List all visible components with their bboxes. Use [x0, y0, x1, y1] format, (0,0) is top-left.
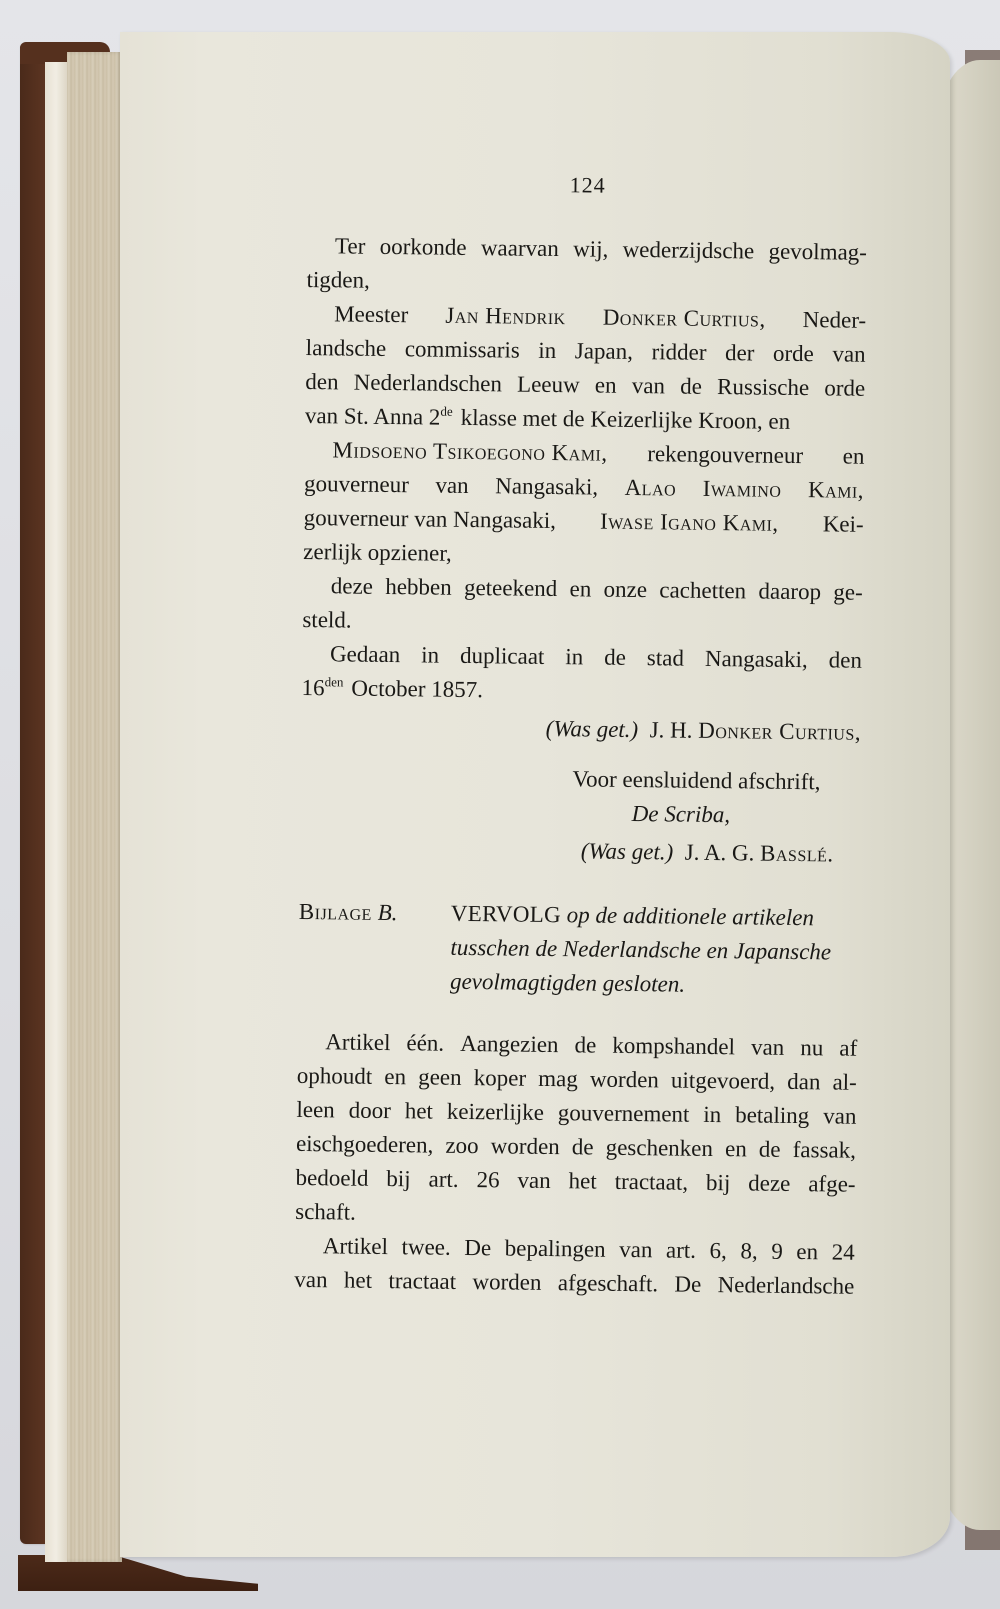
- word: en: [569, 572, 591, 606]
- text-line: 16den October 1857.: [301, 671, 861, 712]
- word: worden: [491, 1129, 560, 1164]
- word: en: [595, 369, 617, 403]
- word: afgeschaft.: [558, 1266, 659, 1301]
- word: tigden,: [306, 263, 370, 298]
- person-name: Donker Curtius,: [603, 301, 766, 337]
- word: stad: [647, 641, 684, 675]
- title-line: VERVOLG op de additionele artikelen: [451, 897, 859, 936]
- word: en: [384, 1060, 406, 1094]
- text-line: eischgoederen, zoo worden de geschenken …: [296, 1127, 856, 1168]
- word: hebben: [385, 570, 452, 605]
- text: gouverneur van Nangasaki,: [303, 501, 556, 538]
- word: 6,: [709, 1234, 727, 1268]
- word: duplicaat: [460, 639, 545, 674]
- word: de: [572, 1130, 594, 1164]
- word: één.: [406, 1026, 444, 1060]
- word: van: [517, 1164, 551, 1198]
- text: B.: [378, 900, 398, 925]
- text: klasse met de Keizerlijke Kroon, en: [460, 401, 790, 439]
- word: koper: [474, 1061, 527, 1096]
- word: betaling: [735, 1098, 810, 1133]
- word: gevolmag-: [768, 235, 867, 270]
- superscript: de: [440, 404, 452, 419]
- word: deze: [748, 1166, 791, 1201]
- word: zoo: [445, 1129, 479, 1163]
- word: cachetten: [659, 573, 746, 608]
- page-text-block: 124 Ter oorkonde waarvan wij, wederzijds…: [294, 165, 868, 1304]
- text: Bijlage: [299, 899, 372, 925]
- date-day: 16den: [301, 671, 343, 706]
- word: tractaat: [388, 1264, 456, 1299]
- page-number: 124: [308, 165, 868, 206]
- word: in: [421, 638, 439, 672]
- word: mag: [538, 1062, 578, 1096]
- signature-bassle: (Was get.) J. A. G. Basslé.: [299, 831, 859, 872]
- word: Nederlandschen: [354, 366, 503, 402]
- title-line: gevolmagtigden gesloten.: [450, 965, 858, 1004]
- text-line: deze hebben geteekend en onze cachetten …: [303, 569, 863, 610]
- word: der: [725, 336, 755, 370]
- word: de: [574, 1028, 596, 1062]
- word: De: [464, 1231, 491, 1265]
- word: Leeuw: [517, 368, 580, 403]
- word: Kei-: [823, 507, 864, 541]
- word: bij: [386, 1162, 411, 1196]
- word: daarop: [758, 575, 821, 610]
- person-name: Iwamino: [703, 472, 782, 507]
- word: worden: [590, 1063, 659, 1098]
- word: en: [796, 1235, 818, 1269]
- person-name: Alao: [624, 471, 676, 506]
- was-get-label: (Was get.): [581, 838, 674, 864]
- word: en: [725, 1132, 747, 1166]
- word: geen: [418, 1060, 462, 1095]
- word: worden: [472, 1265, 541, 1300]
- word: Gedaan: [330, 637, 401, 672]
- word: het: [568, 1164, 597, 1198]
- word: Nangasaki,: [705, 642, 808, 677]
- initials: J. A. G.: [685, 840, 755, 866]
- text-line: Meester Jan Hendrik Donker Curtius, Nede…: [306, 297, 866, 338]
- word: geschenken: [605, 1131, 713, 1166]
- was-get-label: (Was get.): [546, 716, 639, 742]
- word: van: [823, 1099, 857, 1133]
- word: art.: [428, 1163, 458, 1197]
- page-stack-edge: [67, 52, 122, 1562]
- word: door: [348, 1094, 391, 1129]
- text: October 1857.: [351, 672, 483, 708]
- word: in: [538, 334, 556, 368]
- word: ge-: [833, 575, 863, 609]
- word: al-: [832, 1065, 857, 1099]
- word: nu: [800, 1031, 823, 1065]
- word: de: [604, 641, 626, 675]
- word: dan: [787, 1065, 821, 1099]
- word: geteekend: [464, 571, 558, 606]
- text-line: Artikel twee. De bepalingen van art. 6, …: [295, 1229, 855, 1270]
- word: het: [405, 1094, 434, 1128]
- word: tractaat,: [614, 1165, 688, 1200]
- word: 26: [476, 1163, 499, 1197]
- text: zerlijk opziener,: [303, 535, 452, 571]
- word: commissaris: [405, 332, 520, 367]
- word: waarvan: [481, 231, 559, 266]
- word: keizerlijke: [447, 1095, 544, 1130]
- word: van: [294, 1263, 328, 1297]
- word: 9: [771, 1235, 783, 1269]
- text-line: Ter oorkonde waarvan wij, wederzijdsche …: [307, 229, 867, 270]
- person-name: Basslé.: [760, 841, 834, 867]
- word: oorkonde: [379, 230, 466, 265]
- word: Neder-: [803, 303, 867, 338]
- word: wederzijdsche: [622, 233, 754, 269]
- word: eischgoederen,: [296, 1127, 434, 1163]
- word: van: [751, 1030, 785, 1064]
- word: ophoudt: [297, 1059, 373, 1094]
- word: de: [680, 370, 702, 404]
- word: in: [565, 640, 583, 674]
- articles-section: Artikel één. Aangezien de kompshandel va…: [294, 1025, 857, 1304]
- word: orde: [824, 371, 865, 405]
- word: wij,: [573, 232, 609, 266]
- text: 16: [301, 675, 324, 700]
- superscript: den: [325, 674, 344, 689]
- word: en: [843, 440, 865, 474]
- text: VERVOLG: [451, 901, 561, 927]
- word: in: [703, 1098, 721, 1132]
- initials: J. H.: [650, 717, 693, 743]
- person-name: Jan Hendrik: [445, 299, 566, 334]
- word: Artikel: [325, 1025, 391, 1060]
- word: Aangezien: [460, 1027, 559, 1062]
- word: 8,: [740, 1234, 758, 1268]
- text-line: Artikel één. Aangezien de kompshandel va…: [297, 1025, 857, 1066]
- text: op de additionele artikelen: [567, 902, 814, 930]
- word: De: [674, 1268, 701, 1302]
- person-name: Donker Curtius,: [698, 718, 861, 745]
- word: art.: [666, 1233, 696, 1267]
- word: deze: [331, 569, 374, 604]
- word: van: [832, 337, 866, 371]
- word: gouvernement: [558, 1096, 690, 1132]
- word: orde: [773, 337, 814, 371]
- text: van St. Anna 2: [305, 403, 441, 430]
- word: fassak,: [793, 1133, 857, 1168]
- word: de: [759, 1133, 781, 1167]
- text-fragment: van St. Anna 2de: [305, 399, 453, 435]
- word: bepalingen: [505, 1231, 606, 1266]
- word: leen: [296, 1093, 335, 1127]
- word: Russische: [717, 370, 809, 405]
- word: het: [344, 1264, 373, 1298]
- word: kompshandel: [612, 1029, 735, 1064]
- title-line: tusschen de Nederlandsche en Japansche: [450, 931, 858, 970]
- word: uitgevoerd,: [671, 1064, 776, 1099]
- word: Ter: [335, 229, 366, 263]
- word: Artikel: [323, 1229, 389, 1264]
- endpaper-strip: [45, 62, 67, 1562]
- word: landsche: [306, 331, 387, 366]
- word: bij: [706, 1166, 731, 1200]
- signature-donker-curtius: (Was get.) J. H. Donker Curtius,: [301, 709, 861, 750]
- word: van: [632, 369, 666, 403]
- word: schaft.: [295, 1195, 356, 1230]
- person-name: Iwase Igano Kami,: [600, 505, 779, 541]
- word: steld.: [302, 603, 352, 638]
- word: Nederlandsche: [717, 1268, 854, 1304]
- word: rekengouverneur: [647, 437, 803, 473]
- word: van: [435, 469, 469, 503]
- person-name: Kami,: [808, 473, 864, 508]
- word: Japan,: [575, 334, 634, 369]
- word: 24: [831, 1235, 854, 1269]
- appendix-label: Bijlage B.: [298, 895, 451, 999]
- word: gouverneur: [304, 467, 409, 502]
- signature-scriba: De Scriba,: [300, 793, 860, 834]
- appendix-heading: Bijlage B. VERVOLG op de additionele art…: [298, 895, 859, 1004]
- word: den: [305, 365, 339, 399]
- person-name: Midsoeno Tsikoegono Kami,: [332, 433, 608, 470]
- word: ridder: [651, 335, 706, 370]
- word: onze: [603, 573, 647, 608]
- word: den: [828, 643, 862, 677]
- word: twee.: [401, 1230, 451, 1265]
- appendix-title: VERVOLG op de additionele artikelen tuss…: [450, 897, 859, 1004]
- word: afge-: [808, 1167, 856, 1202]
- word: af: [839, 1032, 857, 1066]
- text-line: van het tractaat worden afgeschaft. De N…: [294, 1263, 854, 1304]
- word: bedoeld: [295, 1161, 368, 1196]
- word: Nangasaki,: [495, 469, 598, 504]
- word: van: [619, 1233, 653, 1267]
- word: Meester: [334, 297, 408, 332]
